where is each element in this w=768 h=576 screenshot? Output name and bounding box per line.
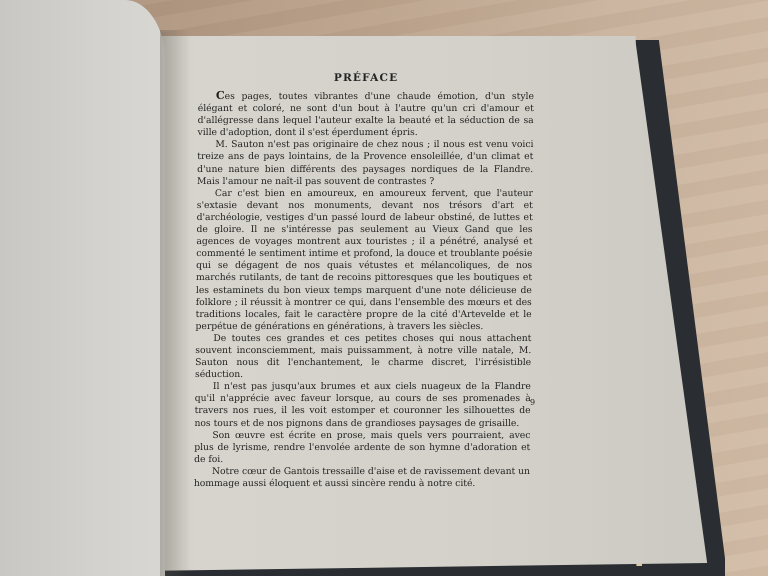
left-page [0, 0, 165, 576]
paragraph: M. Sauton n'est pas originaire de chez n… [197, 139, 534, 187]
page-number: 9 [530, 398, 535, 407]
paragraph: De toutes ces grandes et ces petites cho… [195, 333, 532, 381]
paragraph: Il n'est pas jusqu'aux brumes et aux cie… [194, 381, 531, 429]
paragraph: Car c'est bien en amoureux, en amoureux … [195, 188, 533, 333]
page-content: PRÉFACE Ces pages, toutes vibrantes d'un… [194, 72, 534, 490]
paragraph: Ces pages, toutes vibrantes d'une chaude… [197, 90, 534, 139]
drop-cap: C [216, 89, 225, 102]
paragraph: Son œuvre est écrite en prose, mais quel… [194, 430, 530, 466]
paragraph: Notre cœur de Gantois tressaille d'aise … [194, 466, 530, 490]
paragraph-text: es pages, toutes vibrantes d'une chaude … [197, 91, 533, 138]
page-title: PRÉFACE [198, 72, 534, 84]
gutter-shadow [160, 30, 190, 576]
